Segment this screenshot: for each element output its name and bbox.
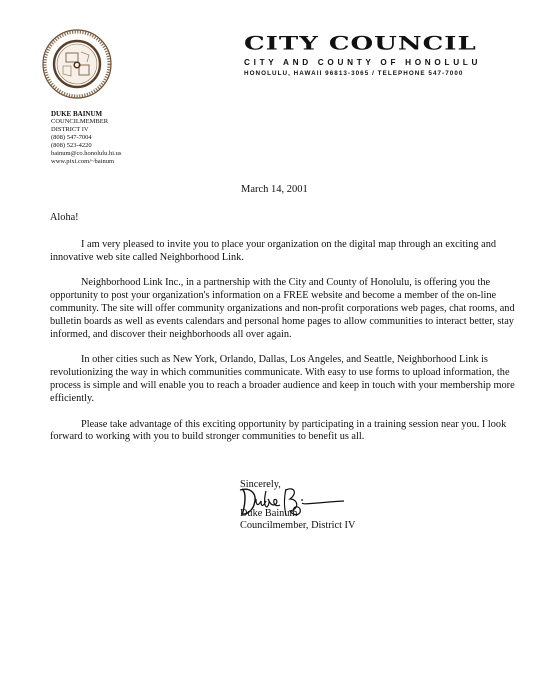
greeting: Aloha! — [50, 212, 520, 225]
letterhead-subtitle: CITY AND COUNTY OF HONOLULU — [244, 58, 536, 67]
paragraph-4: Please take advantage of this exciting o… — [50, 419, 520, 445]
letterhead-address: HONOLULU, HAWAII 96813-3065 / TELEPHONE … — [244, 70, 536, 77]
member-district: DISTRICT IV — [51, 126, 121, 134]
paragraph-3: In other cities such as New York, Orland… — [50, 354, 520, 405]
handwritten-signature-icon — [236, 485, 346, 519]
letterhead-title: CITY COUNCIL — [244, 36, 536, 52]
letter-date: March 14, 2001 — [241, 184, 308, 195]
member-phone-2: (808) 523-4220 — [51, 142, 121, 150]
city-seal-icon — [41, 28, 113, 100]
member-name: DUKE BAINUM — [51, 110, 121, 118]
member-website: www.pixi.com/~bainum — [51, 158, 121, 166]
member-phone-1: (808) 547-7004 — [51, 134, 121, 142]
letterhead: CITY COUNCIL CITY AND COUNTY OF HONOLULU… — [244, 36, 536, 77]
paragraph-2: Neighborhood Link Inc., in a partnership… — [50, 277, 520, 341]
member-email: bainum@co.honolulu.hi.us — [51, 150, 121, 158]
paragraph-1: I am very pleased to invite you to place… — [50, 239, 520, 265]
signer-title: Councilmember, District IV — [240, 520, 355, 533]
letter-body: Aloha! I am very pleased to invite you t… — [50, 212, 520, 457]
member-title: COUNCILMEMBER — [51, 118, 121, 126]
councilmember-info: DUKE BAINUM COUNCILMEMBER DISTRICT IV (8… — [51, 110, 121, 166]
